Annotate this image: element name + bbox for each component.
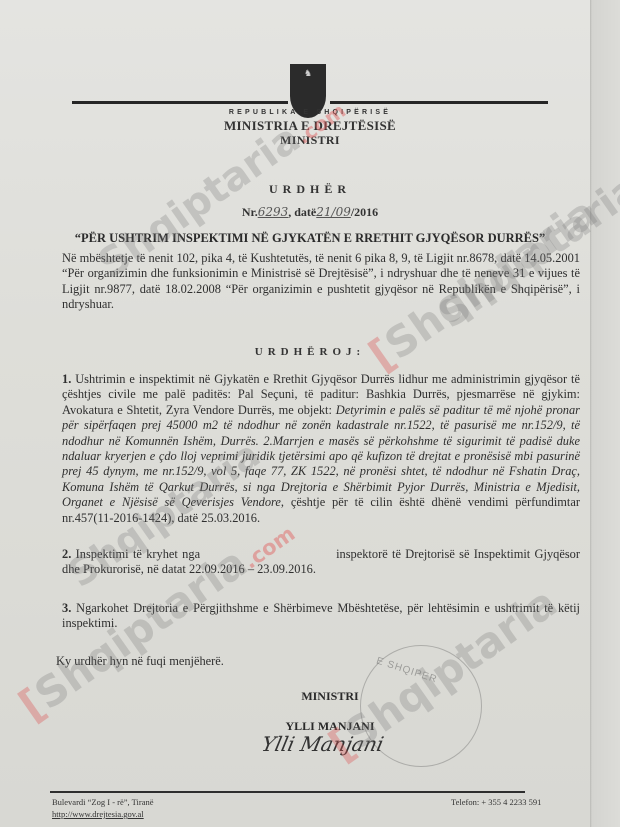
effect-statement: Ky urdhër hyn në fuqi menjëherë. [56, 654, 574, 669]
eagle-icon: ♞ [304, 68, 312, 79]
ministry-name: MINISTRIA E DREJTËSISË [60, 118, 560, 134]
nr-label: Nr. [242, 205, 258, 219]
order-heading: URDHËR [60, 182, 560, 197]
point-number: 3. [62, 601, 71, 615]
point-2-text-a: Inspektimi të kryhet nga [71, 547, 200, 561]
footer-address: Bulevardi “Zog I - rë”, Tiranë [52, 797, 154, 807]
date-handwritten: 21/09 [316, 205, 351, 219]
order-title: “PËR USHTRIM INSPEKTIMI NË GJYKATËN E RR… [60, 231, 560, 246]
point-number: 2. [62, 547, 71, 561]
point-3: 3. Ngarkohet Drejtoria e Përgjithshme e … [62, 601, 580, 632]
footer-phone: Telefon: + 355 4 2233 591 [451, 797, 541, 807]
point-1: 1. Ushtrimin e inspektimit në Gjykatën e… [62, 372, 580, 526]
republic-name: REPUBLIKA E SHQIPËRISË [60, 109, 560, 116]
point-1-object: Detyrimin e palës së paditur të më njohë… [62, 403, 580, 509]
footer-website-link[interactable]: http://www.drejtesia.gov.al [52, 809, 144, 819]
handwritten-signature: Ylli Manjani [259, 732, 386, 756]
point-number: 1. [62, 372, 71, 386]
page-edge [590, 0, 620, 827]
decree-heading: URDHËROJ: [60, 346, 560, 358]
point-2: 2. Inspektimi të kryhet ngainspektorë të… [62, 547, 580, 578]
footer-rule [50, 791, 525, 793]
signatory-title: MINISTRI [80, 689, 580, 704]
office-name: MINISTRI [60, 133, 560, 148]
nr-handwritten: 6293 [258, 205, 289, 219]
order-number: Nr.6293, datë21/09/2016 [60, 205, 560, 220]
header-rule-right [330, 101, 548, 104]
date-year: /2016 [351, 205, 378, 219]
intro-paragraph: Në mbështetje të nenit 102, pika 4, të K… [62, 251, 580, 313]
point-3-text: Ngarkohet Drejtoria e Përgjithshme e Shë… [62, 601, 580, 630]
date-label: , datë [288, 205, 316, 219]
header-rule-left [72, 101, 288, 104]
